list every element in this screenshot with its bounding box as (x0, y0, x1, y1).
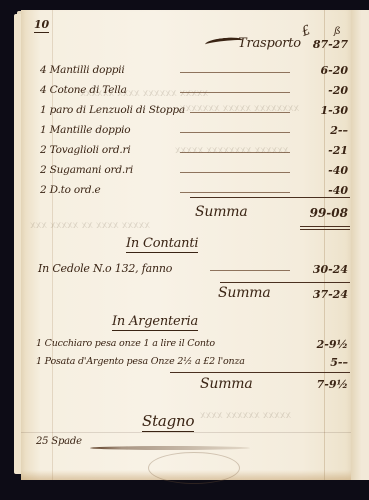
faint-rule (21, 432, 351, 433)
item-description: 2 D.to ord.e (40, 184, 101, 196)
bleed-through-text: xxxxx xxxx xx xxxxx xxx (30, 220, 150, 231)
leader-line (180, 172, 290, 173)
total-rule (190, 197, 350, 198)
carried-forward-amount: 87-27 (298, 38, 348, 51)
item-amount: -21 (298, 144, 348, 157)
bleed-through-text: xxxxx xxxxxx xxxx (200, 410, 291, 421)
summa-amount: 99-08 (298, 206, 348, 220)
item-amount: -40 (298, 184, 348, 197)
item-description: 1 Mantille doppio (40, 124, 130, 136)
summa-amount: 37-24 (298, 288, 348, 301)
summa-label: Summa (200, 376, 253, 392)
item-amount: -20 (298, 84, 348, 97)
ink-stroke (90, 446, 250, 450)
amount-column-rule (324, 10, 325, 480)
leader-line (180, 192, 290, 193)
summa-amount: 7-9½ (298, 378, 348, 391)
section-heading-contanti: In Contanti (126, 236, 198, 253)
footer-note: 25 Spade (36, 436, 82, 447)
adjacent-page-edge (350, 10, 369, 480)
ink-loop (148, 452, 240, 484)
summa-label: Summa (195, 204, 248, 220)
contanti-line-amount: 30-24 (298, 263, 348, 276)
leader-line (180, 152, 290, 153)
argenteria-item-amount: 2-9½ (298, 338, 348, 351)
double-rule (300, 229, 350, 230)
total-rule (170, 372, 350, 373)
total-rule (220, 282, 350, 283)
item-description: 1 paro di Lenzuoli di Stoppa (40, 104, 185, 116)
item-amount: 6-20 (298, 64, 348, 77)
item-description: 4 Mantilli doppii (40, 64, 125, 76)
carried-forward-label: Trasporto (238, 36, 301, 51)
item-amount: -40 (298, 164, 348, 177)
summa-label: Summa (218, 285, 271, 301)
leader-line (190, 112, 290, 113)
item-description: 2 Sugamani ord.ri (40, 164, 133, 176)
item-amount: 2-– (298, 124, 348, 137)
leader-line (180, 72, 290, 73)
section-heading-stagno: Stagno (142, 412, 194, 432)
argenteria-item-amount: 5-– (298, 356, 348, 369)
item-amount: 1-30 (298, 104, 348, 117)
double-rule (300, 226, 350, 227)
item-description: 2 Tovaglioli ord.ri (40, 144, 131, 156)
contanti-line-description: In Cedole N.o 132, fanno (38, 262, 172, 275)
argenteria-item-description: 1 Cucchiaro pesa onze 1 a lire il Conto (36, 338, 215, 349)
leader-line (180, 132, 290, 133)
leader-line (210, 270, 290, 271)
margin-rule (52, 10, 53, 480)
section-heading-argenteria: In Argenteria (112, 314, 198, 331)
bleed-through-text: xxxxxx xxxxxxxx xxxxx (175, 145, 289, 156)
soldi-symbol: ß (334, 26, 340, 37)
argenteria-item-description: 1 Posata d'Argento pesa Onze 2½ a £2 l'o… (36, 356, 245, 367)
item-description: 4 Cotone di Tella (40, 84, 127, 96)
scanned-document: xxxxx xxxxxx xxxx xxxxxx xxxxxxxx xxxxx … (0, 0, 369, 500)
page-number: 10 (34, 18, 49, 33)
leader-line (180, 92, 290, 93)
